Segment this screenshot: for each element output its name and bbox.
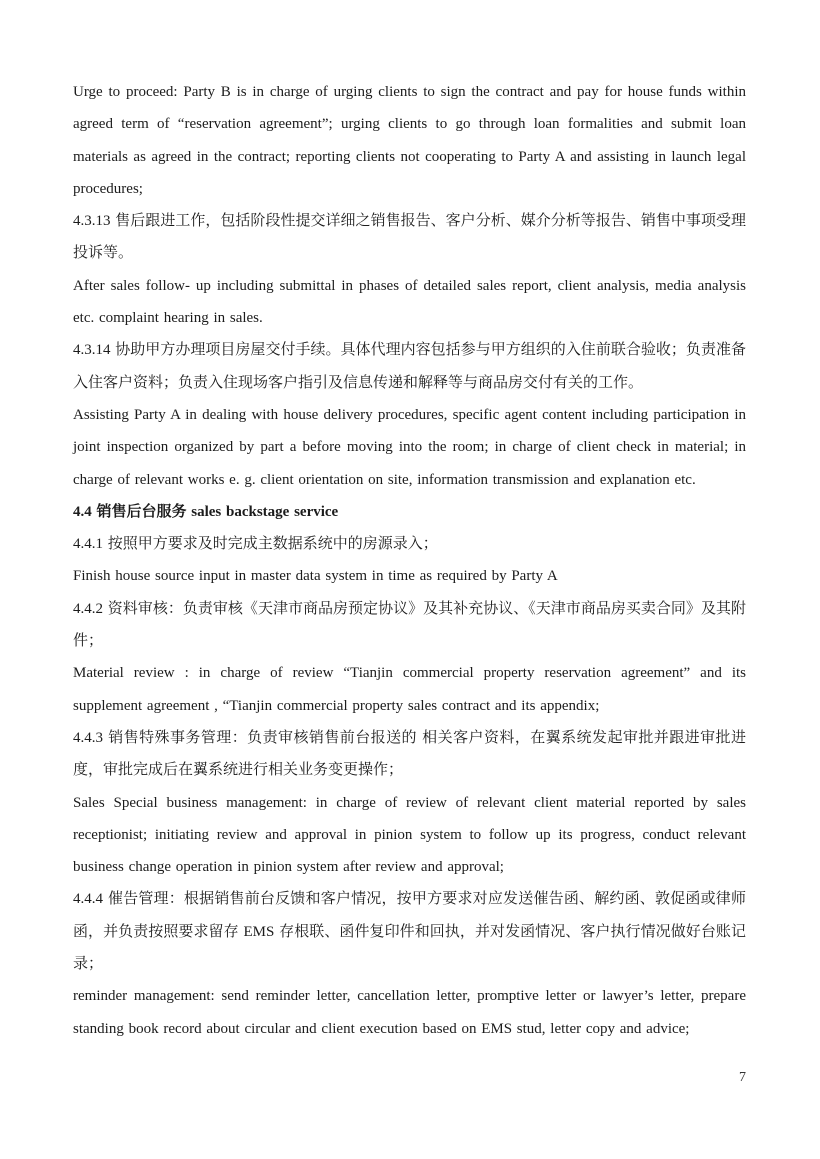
document-page: Urge to proceed: Party B is in charge of… — [0, 0, 820, 1159]
section-heading-4-4: 4.4 销售后台服务 sales backstage service — [73, 496, 746, 528]
paragraph-zh-4-4-4: 4.4.4 催告管理：根据销售前台反馈和客户情况，按甲方要求对应发送催告函、解约… — [73, 883, 746, 980]
paragraph-zh-4-4-2: 4.4.2 资料审核：负责审核《天津市商品房预定协议》及其补充协议、《天津市商品… — [73, 593, 746, 658]
paragraph-en-material-review: Material review : in charge of review “T… — [73, 657, 746, 722]
paragraph-zh-4-4-1: 4.4.1 按照甲方要求及时完成主数据系统中的房源录入； — [73, 528, 746, 560]
paragraph-zh-4-3-14: 4.3.14 协助甲方办理项目房屋交付手续。具体代理内容包括参与甲方组织的入住前… — [73, 334, 746, 399]
paragraph-en-reminder-management: reminder management: send reminder lette… — [73, 980, 746, 1045]
paragraph-zh-4-3-13: 4.3.13 售后跟进工作，包括阶段性提交详细之销售报告、客户分析、媒介分析等报… — [73, 205, 746, 270]
paragraph-en-finish-house-source: Finish house source input in master data… — [73, 560, 746, 592]
paragraph-zh-4-4-3: 4.4.3 销售特殊事务管理：负责审核销售前台报送的 相关客户资料，在翼系统发起… — [73, 722, 746, 787]
page-number: 7 — [739, 1068, 746, 1088]
document-body: Urge to proceed: Party B is in charge of… — [73, 76, 746, 1045]
paragraph-en-urge-to-proceed: Urge to proceed: Party B is in charge of… — [73, 76, 746, 205]
paragraph-en-assisting-party-a: Assisting Party A in dealing with house … — [73, 399, 746, 496]
paragraph-en-sales-special-business: Sales Special business management: in ch… — [73, 787, 746, 884]
paragraph-en-after-sales-follow-up: After sales follow- up including submitt… — [73, 270, 746, 335]
